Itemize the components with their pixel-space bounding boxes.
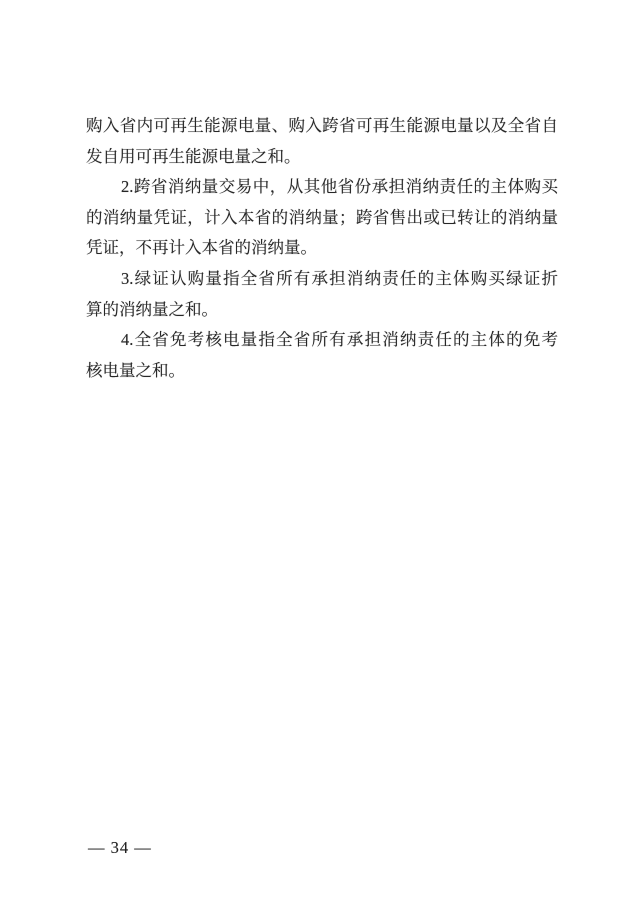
text-line: 的消纳量凭证，计入本省的消纳量；跨省售出或已转让的消纳量 — [86, 203, 558, 234]
body-text: 购入省内可再生能源电量、购入跨省可再生能源电量以及全省自发自用可再生能源电量之和… — [86, 111, 558, 386]
text-line: 核电量之和。 — [86, 356, 558, 387]
page-number: — 34 — — [88, 837, 152, 859]
text-line: 购入省内可再生能源电量、购入跨省可再生能源电量以及全省自 — [86, 111, 558, 142]
text-line: 发自用可再生能源电量之和。 — [86, 142, 558, 173]
text-line: 凭证，不再计入本省的消纳量。 — [86, 233, 558, 264]
text-line: 3.绿证认购量指全省所有承担消纳责任的主体购买绿证折 — [86, 264, 558, 295]
text-line: 2.跨省消纳量交易中，从其他省份承担消纳责任的主体购买 — [86, 172, 558, 203]
text-line: 4.全省免考核电量指全省所有承担消纳责任的主体的免考 — [86, 325, 558, 356]
text-line: 算的消纳量之和。 — [86, 295, 558, 326]
document-page: 购入省内可再生能源电量、购入跨省可再生能源电量以及全省自发自用可再生能源电量之和… — [0, 0, 640, 905]
